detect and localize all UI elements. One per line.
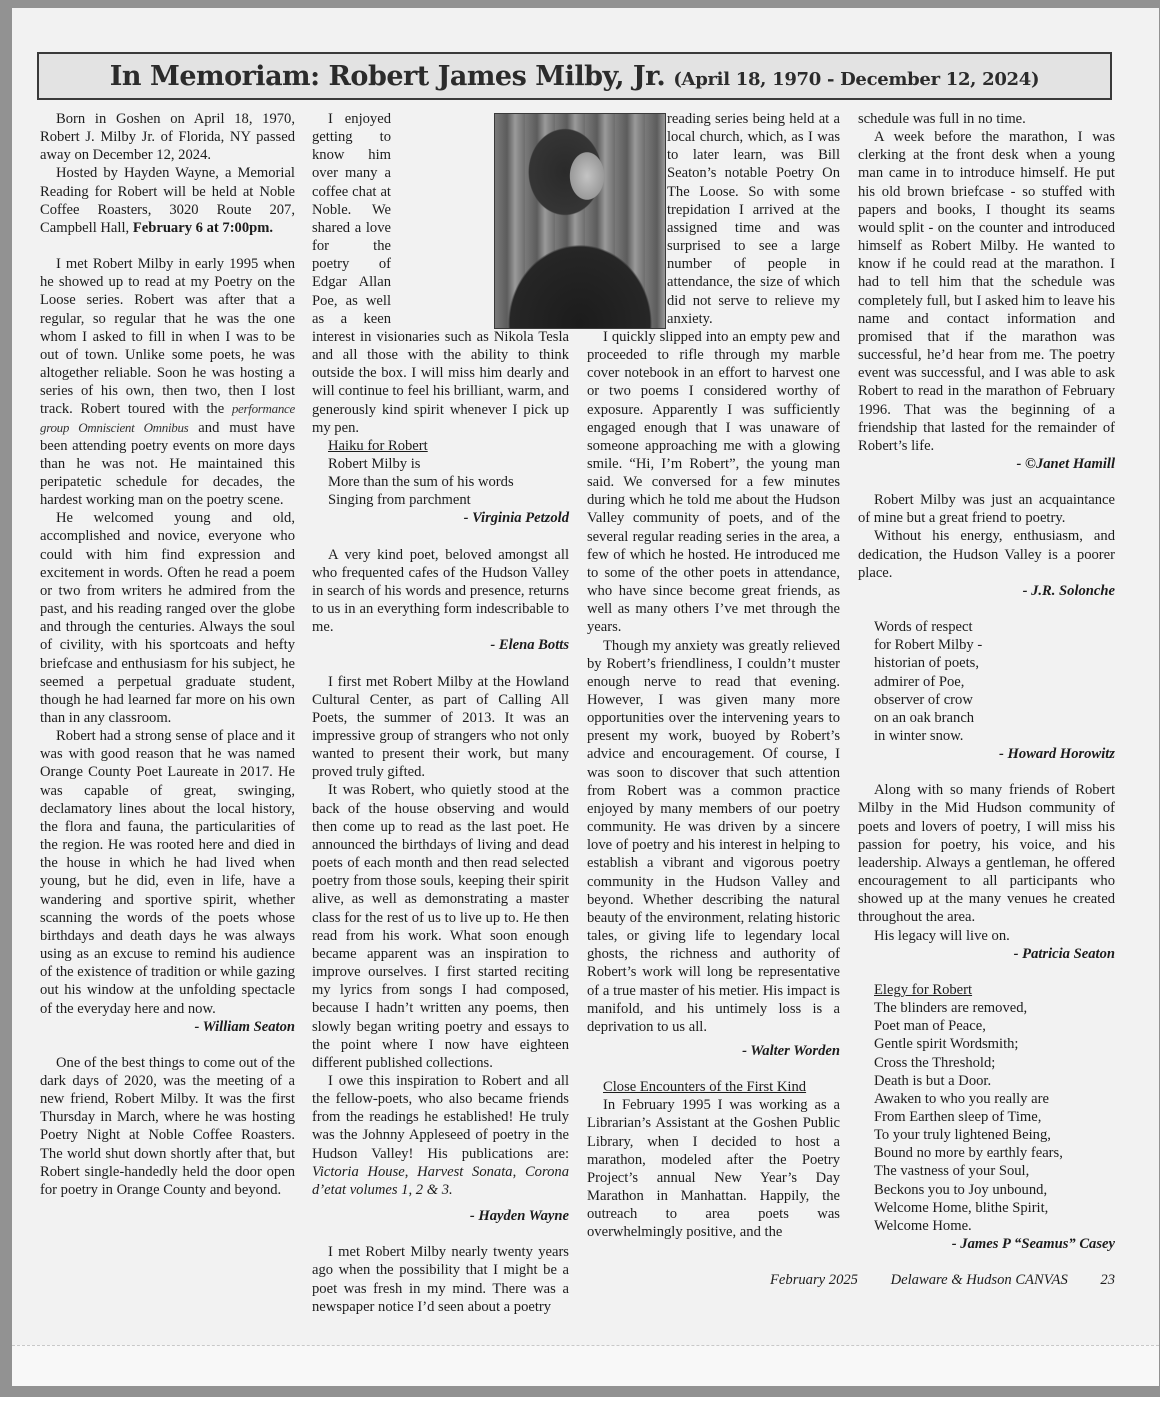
photo-spacer	[391, 110, 569, 326]
haiku-poem: Haiku for Robert Robert Milby is More th…	[312, 437, 569, 510]
footer-page-number: 23	[1100, 1272, 1115, 1289]
tribute-paragraph: I first met Robert Milby at the Howland …	[312, 673, 569, 782]
poem-line: Singing from parchment	[328, 491, 569, 509]
tribute-paragraph: Though my anxiety was greatly relieved b…	[587, 637, 840, 1036]
headline-title: In Memoriam: Robert James Milby, Jr.	[110, 61, 666, 92]
poem-line: From Earthen sleep of Time,	[874, 1108, 1115, 1126]
footer-publication: Delaware & Hudson CANVAS	[891, 1272, 1068, 1289]
signature-howard-horowitz: - Howard Horowitz	[858, 745, 1115, 763]
poem-line: Welcome Home, blithe Spirit,	[874, 1199, 1115, 1217]
signature-james-casey: - James P “Seamus” Casey	[858, 1235, 1115, 1253]
poem-line: The blinders are removed,	[874, 999, 1115, 1017]
poem-line: in winter snow.	[874, 727, 1115, 745]
poem-line: observer of crow	[874, 691, 1115, 709]
memorial-reading-notice: Hosted by Hayden Wayne, a Memorial Readi…	[40, 164, 295, 237]
tribute-paragraph: Along with so many friends of Robert Mil…	[858, 781, 1115, 926]
signature-patricia-seaton: - Patricia Seaton	[858, 945, 1115, 963]
headline-box: In Memoriam: Robert James Milby, Jr. (Ap…	[37, 52, 1112, 100]
signature-hayden-wayne: - Hayden Wayne	[312, 1207, 569, 1225]
tribute-paragraph: I met Robert Milby nearly twenty years a…	[312, 1243, 569, 1316]
publication-title: Harvest Sonata	[417, 1164, 512, 1180]
photo-spacer	[587, 110, 667, 326]
signature-walter-worden: - Walter Worden	[587, 1042, 840, 1060]
poem-line: Death is but a Door.	[874, 1072, 1115, 1090]
poem-line: The vastness of your Soul,	[874, 1162, 1115, 1180]
tribute-paragraph: Without his energy, enthusiasm, and dedi…	[858, 527, 1115, 581]
column-2: I enjoyed getting to know him over many …	[312, 110, 569, 1316]
signature-jr-solonche: - J.R. Solonche	[858, 582, 1115, 600]
signature-virginia-petzold: - Virginia Petzold	[312, 509, 569, 527]
signature-elena-botts: - Elena Botts	[312, 636, 569, 654]
footer-date: February 2025	[770, 1272, 858, 1289]
tribute-paragraph: I owe this inspiration to Robert and all…	[312, 1072, 569, 1199]
poem-line: Robert Milby is	[328, 455, 569, 473]
column-1: Born in Goshen on April 18, 1970, Robert…	[40, 110, 295, 1199]
poem-line: Poet man of Peace,	[874, 1017, 1115, 1035]
headline-dates: (April 18, 1970 - December 12, 2024)	[673, 69, 1039, 90]
tribute-paragraph: It was Robert, who quietly stood at the …	[312, 781, 569, 1072]
poem-line: historian of poets,	[874, 654, 1115, 672]
page-footer: February 2025 Delaware & Hudson CANVAS 2…	[770, 1272, 1115, 1289]
poem-line: on an oak branch	[874, 709, 1115, 727]
tribute-paragraph: He welcomed young and old, accomplished …	[40, 509, 295, 727]
poem-line: Words of respect	[874, 618, 1115, 636]
section-heading: Close Encounters of the First Kind	[587, 1078, 840, 1096]
poem-line: Welcome Home.	[874, 1217, 1115, 1235]
poem-line: Beckons you to Joy unbound,	[874, 1181, 1115, 1199]
poem-line: Awaken to who you really are	[874, 1090, 1115, 1108]
tribute-paragraph: A week before the marathon, I was clerki…	[858, 128, 1115, 455]
elegy-title: Elegy for Robert	[874, 981, 1115, 999]
poem-line: admirer of Poe,	[874, 673, 1115, 691]
tribute-paragraph: schedule was full in no time.	[858, 110, 1115, 128]
obituary-intro: Born in Goshen on April 18, 1970, Robert…	[40, 110, 295, 164]
tribute-paragraph: In February 1995 I was working as a Libr…	[587, 1096, 840, 1241]
signature-janet-hamill: - ©Janet Hamill	[858, 455, 1115, 473]
tribute-paragraph: A very kind poet, beloved amongst all wh…	[312, 546, 569, 637]
tribute-paragraph: His legacy will live on.	[858, 927, 1115, 945]
poem-line: Bound no more by earthly fears,	[874, 1144, 1115, 1162]
page-bottom-margin	[12, 1345, 1159, 1386]
signature-william-seaton: - William Seaton	[40, 1018, 295, 1036]
poem-line: To your truly lightened Being,	[874, 1126, 1115, 1144]
tribute-paragraph: I quickly slipped into an empty pew and …	[587, 328, 840, 637]
poem-line: for Robert Milby -	[874, 636, 1115, 654]
poem-line: Gentle spirit Wordsmith;	[874, 1035, 1115, 1053]
publication-title: Victoria House	[312, 1164, 405, 1180]
column-3: reading series being held at a local chu…	[587, 110, 840, 1242]
tribute-paragraph: One of the best things to come out of th…	[40, 1054, 295, 1199]
elegy-poem: Elegy for Robert The blinders are remove…	[858, 981, 1115, 1235]
column-4: schedule was full in no time. A week bef…	[858, 110, 1115, 1253]
tribute-paragraph: Robert had a strong sense of place and i…	[40, 727, 295, 1018]
poem-line: Cross the Threshold;	[874, 1054, 1115, 1072]
poem-line: More than the sum of his words	[328, 473, 569, 491]
haiku-title: Haiku for Robert	[328, 437, 569, 455]
tribute-paragraph: Robert Milby was just an acquaintance of…	[858, 491, 1115, 527]
memorial-date: February 6 at 7:00pm.	[133, 220, 273, 236]
tribute-paragraph: I met Robert Milby in early 1995 when he…	[40, 255, 295, 509]
respect-poem: Words of respect for Robert Milby - hist…	[858, 618, 1115, 745]
